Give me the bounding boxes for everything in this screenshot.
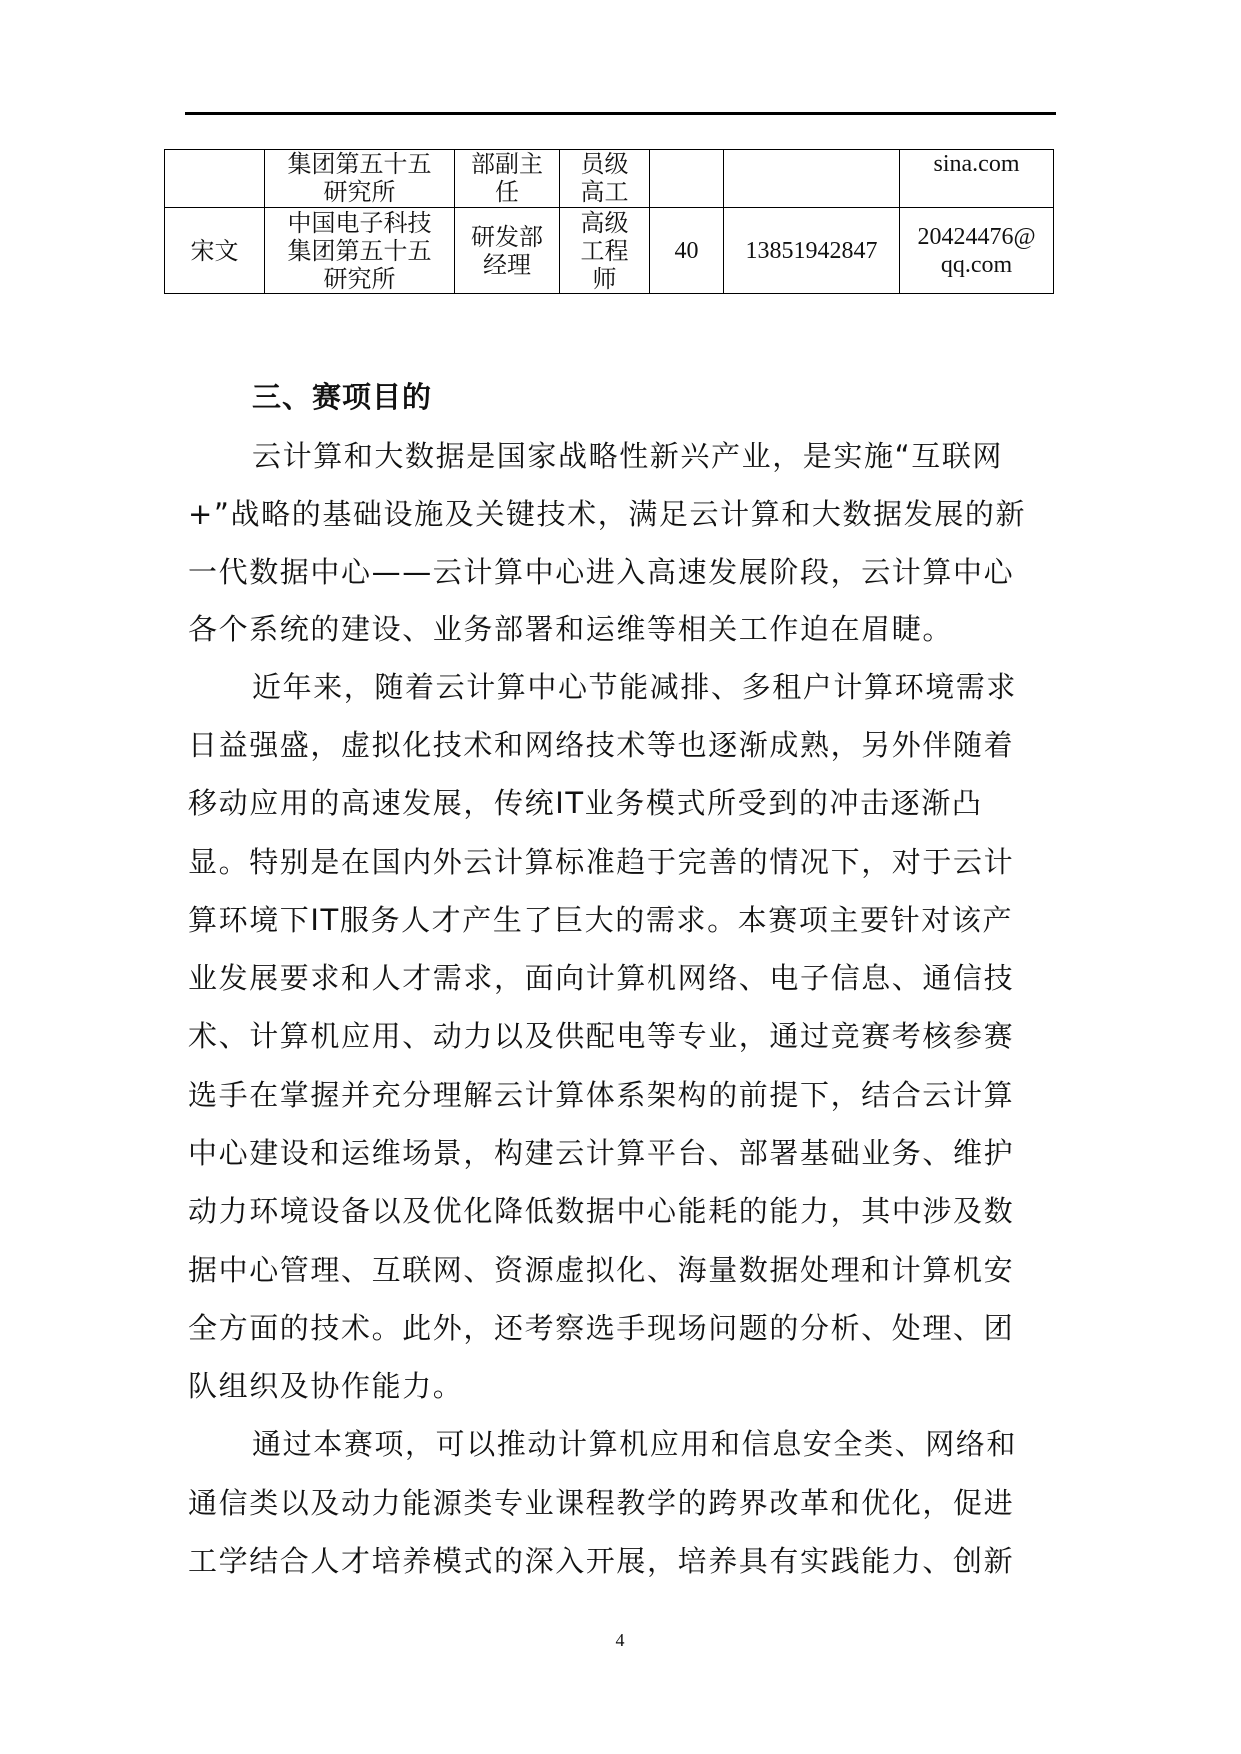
paragraph-line: 各个系统的建设、业务部署和运维等相关工作迫在眉睫。 (188, 600, 1054, 658)
paragraph-line: 工学结合人才培养模式的深入开展，培养具有实践能力、创新 (188, 1532, 1054, 1590)
cell-email: 20424476@qq.com (900, 208, 1054, 294)
cell-phone: 13851942847 (724, 208, 900, 294)
paragraph-line: 中心建设和运维场景，构建云计算平台、部署基础业务、维护 (188, 1124, 1054, 1182)
page-number: 4 (600, 1630, 640, 1651)
cell-age (650, 150, 724, 208)
paragraph-line: 日益强盛，虚拟化技术和网络技术等也逐渐成熟，另外伴随着 (188, 716, 1054, 774)
paragraph-line: 近年来，随着云计算中心节能减排、多租户计算环境需求 (252, 658, 1054, 716)
table-row: 宋文 中国电子科技集团第五十五研究所 研发部经理 高级工程师 40 138519… (165, 208, 1054, 294)
paragraph-line: 移动应用的高速发展，传统IT业务模式所受到的冲击逐渐凸 (188, 774, 1054, 832)
cell-org: 中国电子科技集团第五十五研究所 (265, 208, 455, 294)
table-row: 集团第五十五研究所 部副主任 员级高工 sina.com (165, 150, 1054, 208)
paragraph-line: 据中心管理、互联网、资源虚拟化、海量数据处理和计算机安 (188, 1241, 1054, 1299)
cell-position: 研发部经理 (455, 208, 560, 294)
paragraph-line: 全方面的技术。此外，还考察选手现场问题的分析、处理、团 (188, 1299, 1054, 1357)
paragraph-line: 术、计算机应用、动力以及供配电等专业，通过竞赛考核参赛 (188, 1007, 1054, 1065)
paragraph-line: 通信类以及动力能源类专业课程教学的跨界改革和优化，促进 (188, 1474, 1054, 1532)
cell-name: 宋文 (165, 208, 265, 294)
paragraph-line: 一代数据中心——云计算中心进入高速发展阶段，云计算中心 (188, 543, 1054, 601)
section-heading: 三、赛项目的 (252, 368, 432, 426)
cell-title: 员级高工 (560, 150, 650, 208)
paragraph-line: 动力环境设备以及优化降低数据中心能耗的能力，其中涉及数 (188, 1182, 1054, 1240)
paragraph-line: 选手在掌握并充分理解云计算体系架构的前提下，结合云计算 (188, 1066, 1054, 1124)
paragraph-line: 队组织及协作能力。 (188, 1357, 1054, 1415)
paragraph-line: 算环境下IT服务人才产生了巨大的需求。本赛项主要针对该产 (188, 891, 1054, 949)
cell-email: sina.com (900, 150, 1054, 208)
paragraph-line: +”战略的基础设施及关键技术，满足云计算和大数据发展的新 (188, 485, 1054, 543)
cell-title: 高级工程师 (560, 208, 650, 294)
cell-org: 集团第五十五研究所 (265, 150, 455, 208)
paragraph-line: 云计算和大数据是国家战略性新兴产业，是实施“互联网 (252, 427, 1054, 485)
cell-position: 部副主任 (455, 150, 560, 208)
paragraph-line: 显。特别是在国内外云计算标准趋于完善的情况下，对于云计 (188, 833, 1054, 891)
cell-phone (724, 150, 900, 208)
contact-table: 集团第五十五研究所 部副主任 员级高工 sina.com 宋文 中国电子科技集团… (164, 149, 1054, 294)
cell-age: 40 (650, 208, 724, 294)
header-rule (185, 112, 1056, 115)
paragraph-line: 业发展要求和人才需求，面向计算机网络、电子信息、通信技 (188, 949, 1054, 1007)
paragraph-line: 通过本赛项，可以推动计算机应用和信息安全类、网络和 (252, 1415, 1054, 1473)
cell-name (165, 150, 265, 208)
